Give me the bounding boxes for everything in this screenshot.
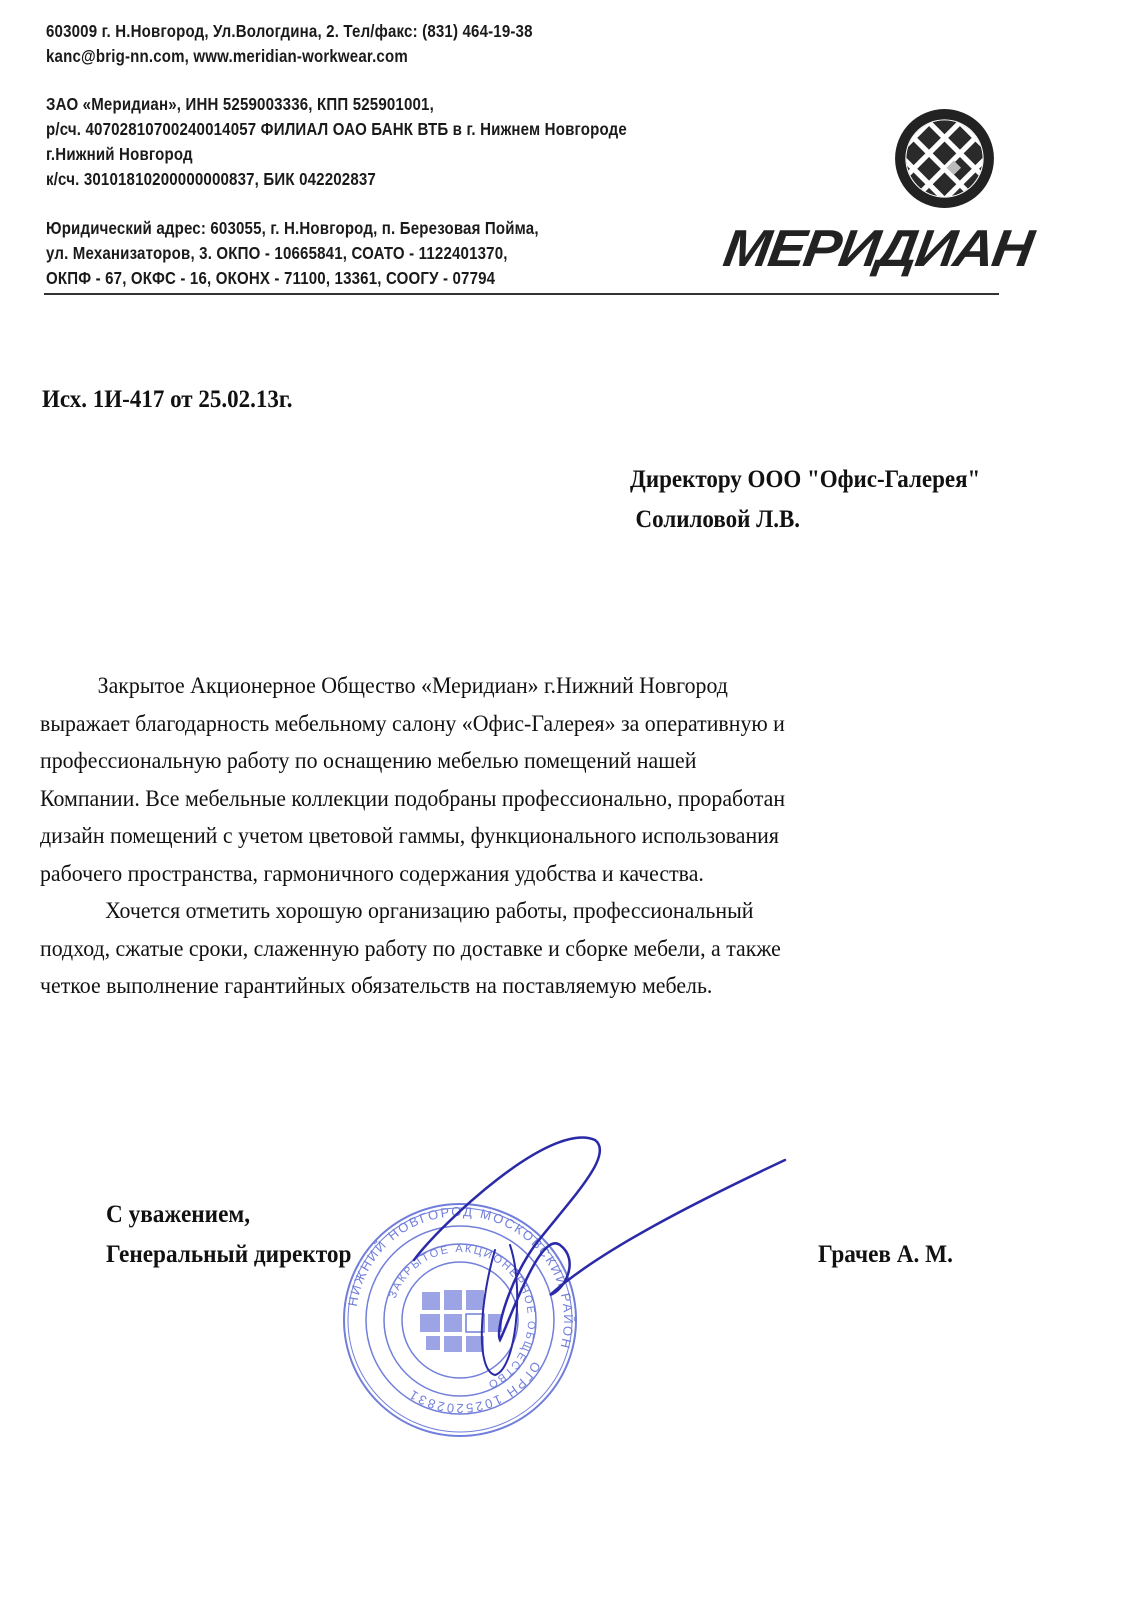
letterhead-legal-line: ул. Механизаторов, 3. ОКПО - 10665841, С… — [46, 241, 539, 266]
letterhead-bank-line: ЗАО «Меридиан», ИНН 5259003336, КПП 5259… — [46, 92, 627, 117]
letterhead-bank-line: г.Нижний Новгород — [46, 142, 627, 167]
letterhead-bank-line: к/сч. 30101810200000000837, БИК 04220283… — [46, 167, 627, 192]
letterhead-address-line: 603009 г. Н.Новгород, Ул.Вологдина, 2. Т… — [46, 19, 533, 44]
letterhead-bank-line: р/сч. 40702810700240014057 ФИЛИАЛ ОАО БА… — [46, 117, 627, 142]
body-line: Хочется отметить хорошую организацию раб… — [40, 893, 970, 931]
body-line: рабочего пространства, гармоничного соде… — [40, 856, 970, 894]
letterhead-web-line: kanc@brig-nn.com, www.meridian-workwear.… — [46, 44, 533, 69]
signer-position: Генеральный директор — [106, 1235, 351, 1275]
letterhead-legal-details: Юридический адрес: 603055, г. Н.Новгород… — [46, 216, 539, 291]
body-line: выражает благодарность мебельному салону… — [40, 706, 970, 744]
closing-salutation: С уважением, — [106, 1195, 351, 1235]
signature — [400, 1130, 800, 1430]
letterhead-legal-line: Юридический адрес: 603055, г. Н.Новгород… — [46, 216, 539, 241]
body-line: дизайн помещений с учетом цветовой гаммы… — [40, 818, 970, 856]
addressee-name: Солиловой Л.В. — [630, 500, 980, 540]
globe-logo-icon — [893, 107, 996, 210]
body-line: Закрытое Акционерное Общество «Меридиан»… — [40, 668, 970, 706]
body-line: профессиональную работу по оснащению меб… — [40, 743, 970, 781]
signer-name: Грачев А. М. — [818, 1235, 953, 1275]
body-line: подход, сжатые сроки, слаженную работу п… — [40, 931, 970, 969]
letterhead-bank-details: ЗАО «Меридиан», ИНН 5259003336, КПП 5259… — [46, 92, 627, 192]
brand-wordmark: МЕРИДИАН — [720, 223, 1035, 275]
closing-block: С уважением, Генеральный директор — [106, 1195, 351, 1275]
outgoing-reference: Исх. 1И-417 от 25.02.13г. — [42, 386, 292, 414]
body-line: четкое выполнение гарантийных обязательс… — [40, 968, 970, 1006]
letterhead-legal-line: ОКПФ - 67, ОКФС - 16, ОКОНХ - 71100, 133… — [46, 266, 539, 291]
letterhead-contact: 603009 г. Н.Новгород, Ул.Вологдина, 2. Т… — [46, 19, 533, 69]
letter-body: Закрытое Акционерное Общество «Меридиан»… — [40, 668, 970, 1006]
letterhead-divider — [44, 293, 999, 295]
body-line: Компании. Все мебельные коллекции подобр… — [40, 781, 970, 819]
addressee-block: Директору ООО "Офис-Галерея" Солиловой Л… — [630, 460, 980, 540]
addressee-title: Директору ООО "Офис-Галерея" — [630, 460, 980, 500]
